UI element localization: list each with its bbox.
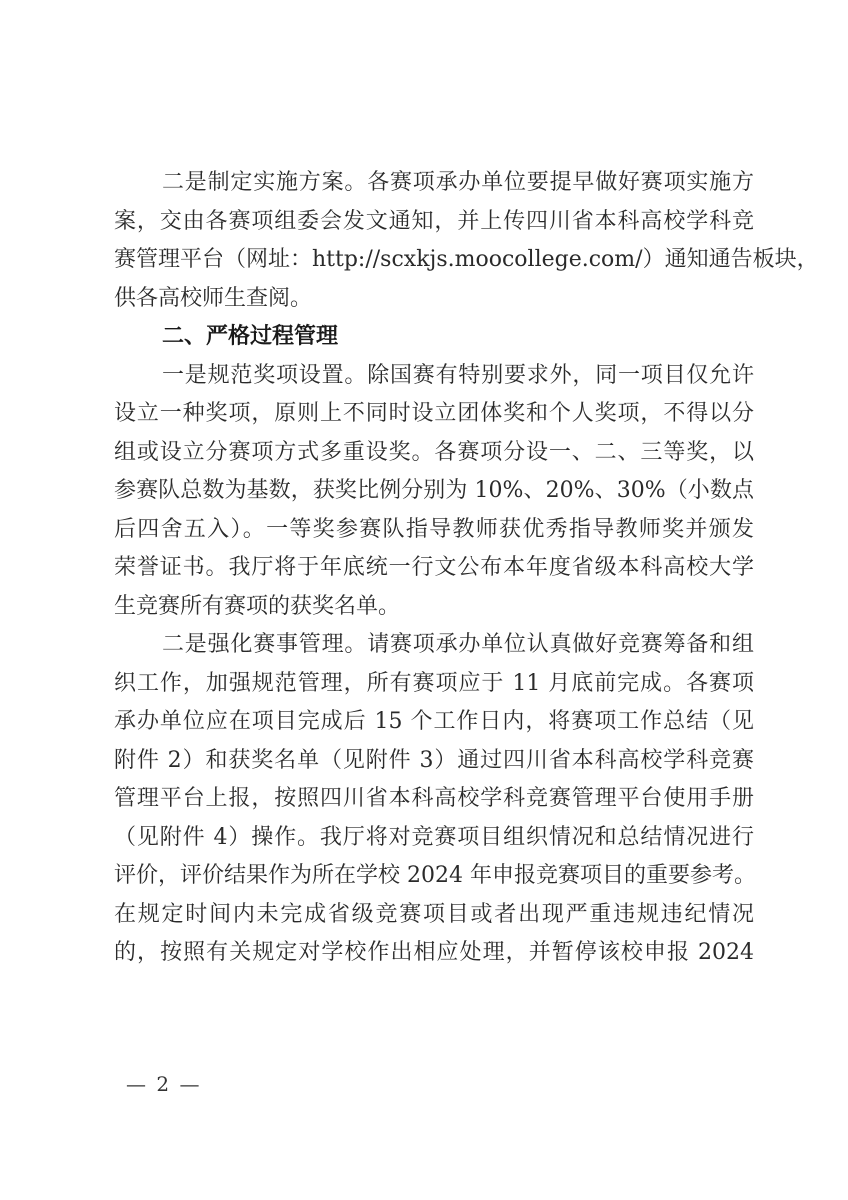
paragraph-event-management: 二是强化赛事管理。请赛项承办单位认真做好竞赛筹备和组 织工作，加强规范管理，所有… [114, 626, 754, 973]
text-line: 一是规范奖项设置。除国赛有特别要求外，同一项目仅允许 [114, 357, 754, 396]
text-line: 附件 2）和获奖名单（见附件 3）通过四川省本科高校学科竞赛 [114, 742, 754, 781]
text-line: 承办单位应在项目完成后 15 个工作日内，将赛项工作总结（见 [114, 703, 754, 742]
text-line: 的，按照有关规定对学校作出相应处理，并暂停该校申报 2024 [114, 934, 754, 973]
text-line: 后四舍五入）。一等奖参赛队指导教师获优秀指导教师奖并颁发 [114, 511, 754, 550]
text-line: 织工作，加强规范管理，所有赛项应于 11 月底前完成。各赛项 [114, 665, 754, 704]
document-body: 二是制定实施方案。各赛项承办单位要提早做好赛项实施方 案，交由各赛项组委会发文通… [114, 164, 754, 973]
text-line: 在规定时间内未完成省级竞赛项目或者出现严重违规违纪情况 [114, 896, 754, 935]
text-line: （见附件 4）操作。我厅将对竞赛项目组织情况和总结情况进行 [114, 819, 754, 858]
text-line: 供各高校师生查阅。 [114, 280, 754, 319]
section-heading: 二、严格过程管理 [114, 318, 754, 357]
text-line: 案，交由各赛项组委会发文通知，并上传四川省本科高校学科竞 [114, 203, 754, 242]
page-number: — 2 — [126, 1072, 201, 1096]
text-line: 荣誉证书。我厅将于年底统一行文公布本年度省级本科高校大学 [114, 549, 754, 588]
text-line: 二是制定实施方案。各赛项承办单位要提早做好赛项实施方 [114, 164, 754, 203]
paragraph-award-settings: 一是规范奖项设置。除国赛有特别要求外，同一项目仅允许 设立一种奖项，原则上不同时… [114, 357, 754, 627]
text-line: 组或设立分赛项方式多重设奖。各赛项分设一、二、三等奖，以 [114, 434, 754, 473]
text-line-with-url: 赛管理平台（网址：http://scxkjs.moocollege.com/）通… [114, 241, 754, 280]
paragraph-implementation-plan: 二是制定实施方案。各赛项承办单位要提早做好赛项实施方 案，交由各赛项组委会发文通… [114, 164, 754, 318]
text-line: 参赛队总数为基数，获奖比例分别为 10%、20%、30%（小数点 [114, 472, 754, 511]
text-line: 设立一种奖项，原则上不同时设立团体奖和个人奖项，不得以分 [114, 395, 754, 434]
text-line: 二是强化赛事管理。请赛项承办单位认真做好竞赛筹备和组 [114, 626, 754, 665]
text-line: 生竞赛所有赛项的获奖名单。 [114, 588, 754, 627]
text-line: 评价，评价结果作为所在学校 2024 年申报竞赛项目的重要参考。 [114, 857, 754, 896]
text-line: 管理平台上报，按照四川省本科高校学科竞赛管理平台使用手册 [114, 780, 754, 819]
